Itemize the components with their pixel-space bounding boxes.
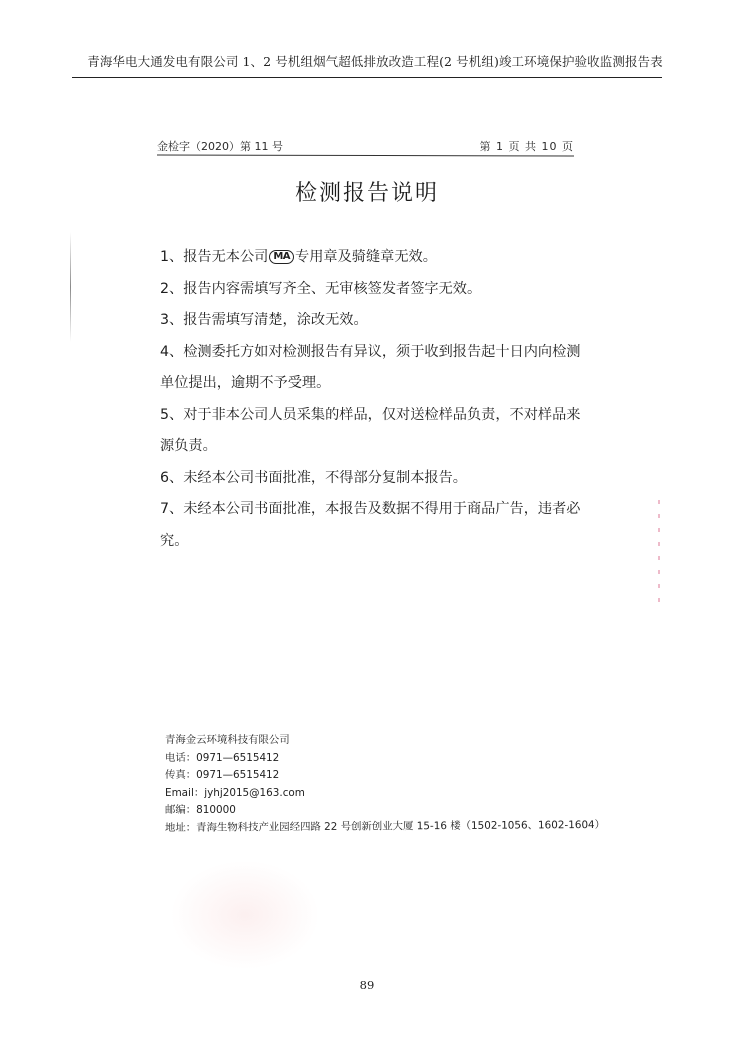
note-item: 1、报告无本公司MA专用章及骑缝章无效。 xyxy=(160,242,610,274)
page-number: 89 xyxy=(0,978,734,992)
report-header-divider xyxy=(157,154,574,156)
report-number: 金检字（2020）第 11 号 xyxy=(157,138,283,154)
seal-edge-artifact xyxy=(658,500,660,610)
note-text: 1、报告无本公司 xyxy=(160,249,268,265)
note-item-continuation: 源负责。 xyxy=(160,431,610,463)
note-item: 6、未经本公司书面批准，不得部分复制本报告。 xyxy=(160,463,610,495)
faded-stamp xyxy=(170,860,320,970)
note-item-continuation: 究。 xyxy=(160,526,610,558)
note-item: 4、检测委托方如对检测报告有异议，须于收到报告起十日内向检测 xyxy=(160,337,610,369)
cma-mark-icon: MA xyxy=(269,250,294,264)
note-item: 7、未经本公司书面批准，本报告及数据不得用于商品广告，违者必 xyxy=(160,494,610,526)
fax: 传真：0971—6515412 xyxy=(165,767,605,785)
note-item: 5、对于非本公司人员采集的样品，仅对送检样品负责，不对样品来 xyxy=(160,400,610,432)
contact-block: 青海金云环境科技有限公司 电话：0971—6515412 传真：0971—651… xyxy=(165,732,605,837)
company-name: 青海金云环境科技有限公司 xyxy=(165,732,605,750)
scan-edge-artifact xyxy=(70,232,71,342)
note-item: 2、报告内容需填写齐全、无审核签发者签字无效。 xyxy=(160,274,610,306)
note-text: 专用章及骑缝章无效。 xyxy=(295,249,437,265)
document-title: 检测报告说明 xyxy=(0,176,734,207)
page-indicator: 第 1 页 共 10 页 xyxy=(480,138,574,154)
email: Email：jyhj2015@163.com xyxy=(165,785,605,803)
phone: 电话：0971—6515412 xyxy=(165,750,605,768)
scanned-report-page: 金检字（2020）第 11 号 第 1 页 共 10 页 检测报告说明 1、报告… xyxy=(0,0,750,1060)
address: 地址：青海生物科技产业园经四路 22 号创新创业大厦 15-16 楼（1502-… xyxy=(165,816,605,837)
note-item: 3、报告需填写清楚，涂改无效。 xyxy=(160,305,610,337)
notes-list: 1、报告无本公司MA专用章及骑缝章无效。 2、报告内容需填写齐全、无审核签发者签… xyxy=(160,242,610,557)
report-meta: 金检字（2020）第 11 号 第 1 页 共 10 页 xyxy=(157,138,574,156)
note-item-continuation: 单位提出，逾期不予受理。 xyxy=(160,368,610,400)
